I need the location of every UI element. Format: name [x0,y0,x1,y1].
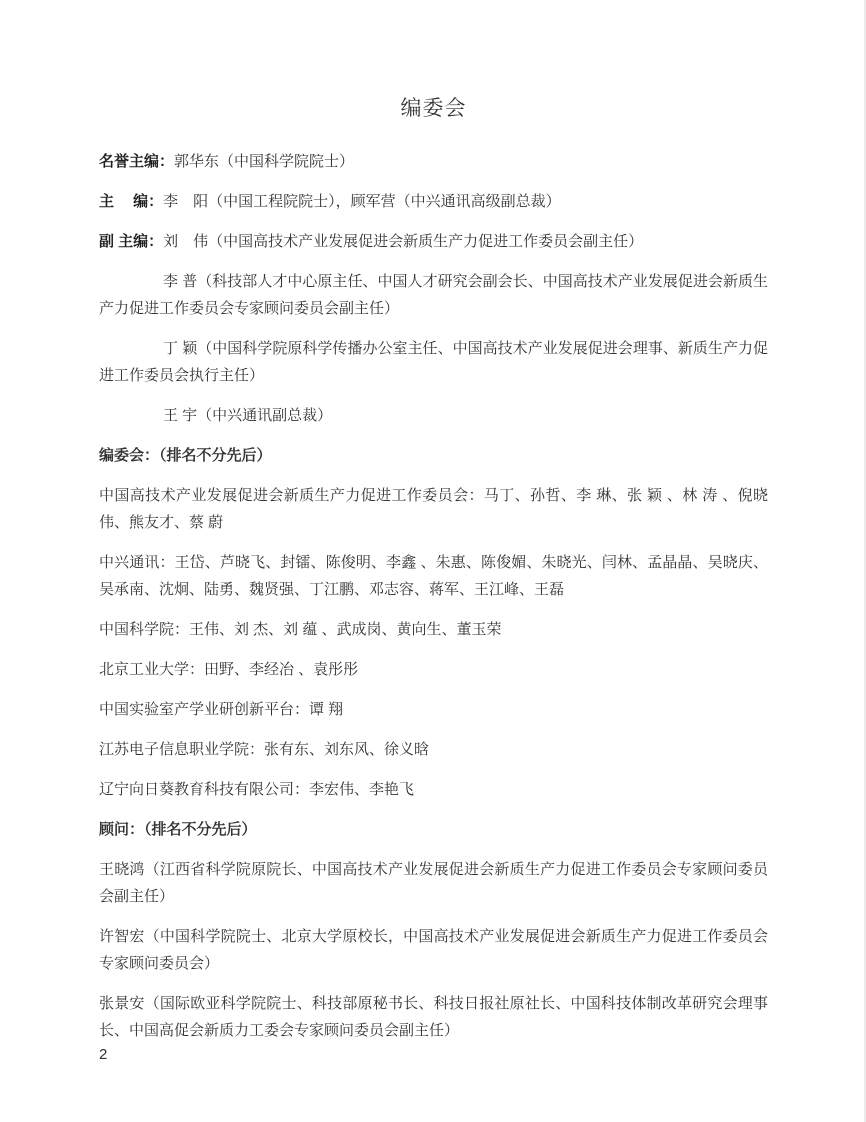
honorary-editor-value: 郭华东（中国科学院院士） [174,153,354,170]
chief-editor-label: 主 编： [99,193,163,210]
page-title: 编委会 [99,96,768,122]
page-content: 编委会 名誉主编：郭华东（中国科学院院士） 主 编：李 阳（中国工程院院士），顾… [99,96,768,1044]
committee-group-lab-platform: 中国实验室产学业研创新平台：谭 翔 [99,696,768,723]
deputy-editor-line: 副 主编：刘 伟（中国高技术产业发展促进会新质生产力促进工作委员会副主任） [99,228,768,255]
deputy-editor-line-4: 王 宇（中兴通讯副总裁） [99,402,768,429]
advisor-wang-xiaohong: 王晓鸿（江西省科学院原院长、中国高技术产业发展促进会新质生产力促进工作委员会专家… [99,856,768,910]
committee-group-cas: 中国科学院：王伟、刘 杰、刘 蕴 、武成岗、黄向生、董玉荣 [99,616,768,643]
deputy-editor-line-3: 丁 颖（中国科学院原科学传播办公室主任、中国高技术产业发展促进会理事、新质生产力… [99,335,768,389]
committee-group-zte: 中兴通讯：王岱、芦晓飞、封镭、陈俊明、李鑫 、朱惠、陈俊媚、朱晓光、闫林、孟晶晶… [99,549,768,603]
committee-group-bjut: 北京工业大学：田野、李经冶 、袁彤彤 [99,656,768,683]
advisor-xu-zhihong: 许智宏（中国科学院院士、北京大学原校长，中国高技术产业发展促进会新质生产力促进工… [99,923,768,977]
deputy-editor-line-2: 李 普（科技部人才中心原主任、中国人才研究会副会长、中国高技术产业发展促进会新质… [99,268,768,322]
document-page: 编委会 名誉主编：郭华东（中国科学院院士） 主 编：李 阳（中国工程院院士），顾… [0,0,866,1122]
committee-group-sunflower: 辽宁向日葵教育科技有限公司：李宏伟、李艳飞 [99,776,768,803]
chief-editor-line: 主 编：李 阳（中国工程院院士），顾军营（中兴通讯高级副总裁） [99,188,768,215]
advisors-section-header: 顾问：（排名不分先后） [99,816,768,843]
honorary-editor-label: 名誉主编： [99,153,174,170]
committee-group-cahtp: 中国高技术产业发展促进会新质生产力促进工作委员会：马丁、孙哲、李 琳、张 颖 、… [99,482,768,536]
deputy-editor-label: 副 主编： [99,233,163,250]
advisor-zhang-jingan: 张景安（国际欧亚科学院院士、科技部原秘书长、科技日报社原社长、中国科技体制改革研… [99,990,768,1044]
committee-group-jsei: 江苏电子信息职业学院：张有东、刘东风、徐义晗 [99,736,768,763]
chief-editor-value: 李 阳（中国工程院院士），顾军营（中兴通讯高级副总裁） [163,193,561,210]
page-number: 2 [99,1041,107,1068]
honorary-editor-line: 名誉主编：郭华东（中国科学院院士） [99,148,768,175]
deputy-editor-value: 刘 伟（中国高技术产业发展促进会新质生产力促进工作委员会副主任） [163,233,643,250]
committee-section-header: 编委会：（排名不分先后） [99,442,768,469]
